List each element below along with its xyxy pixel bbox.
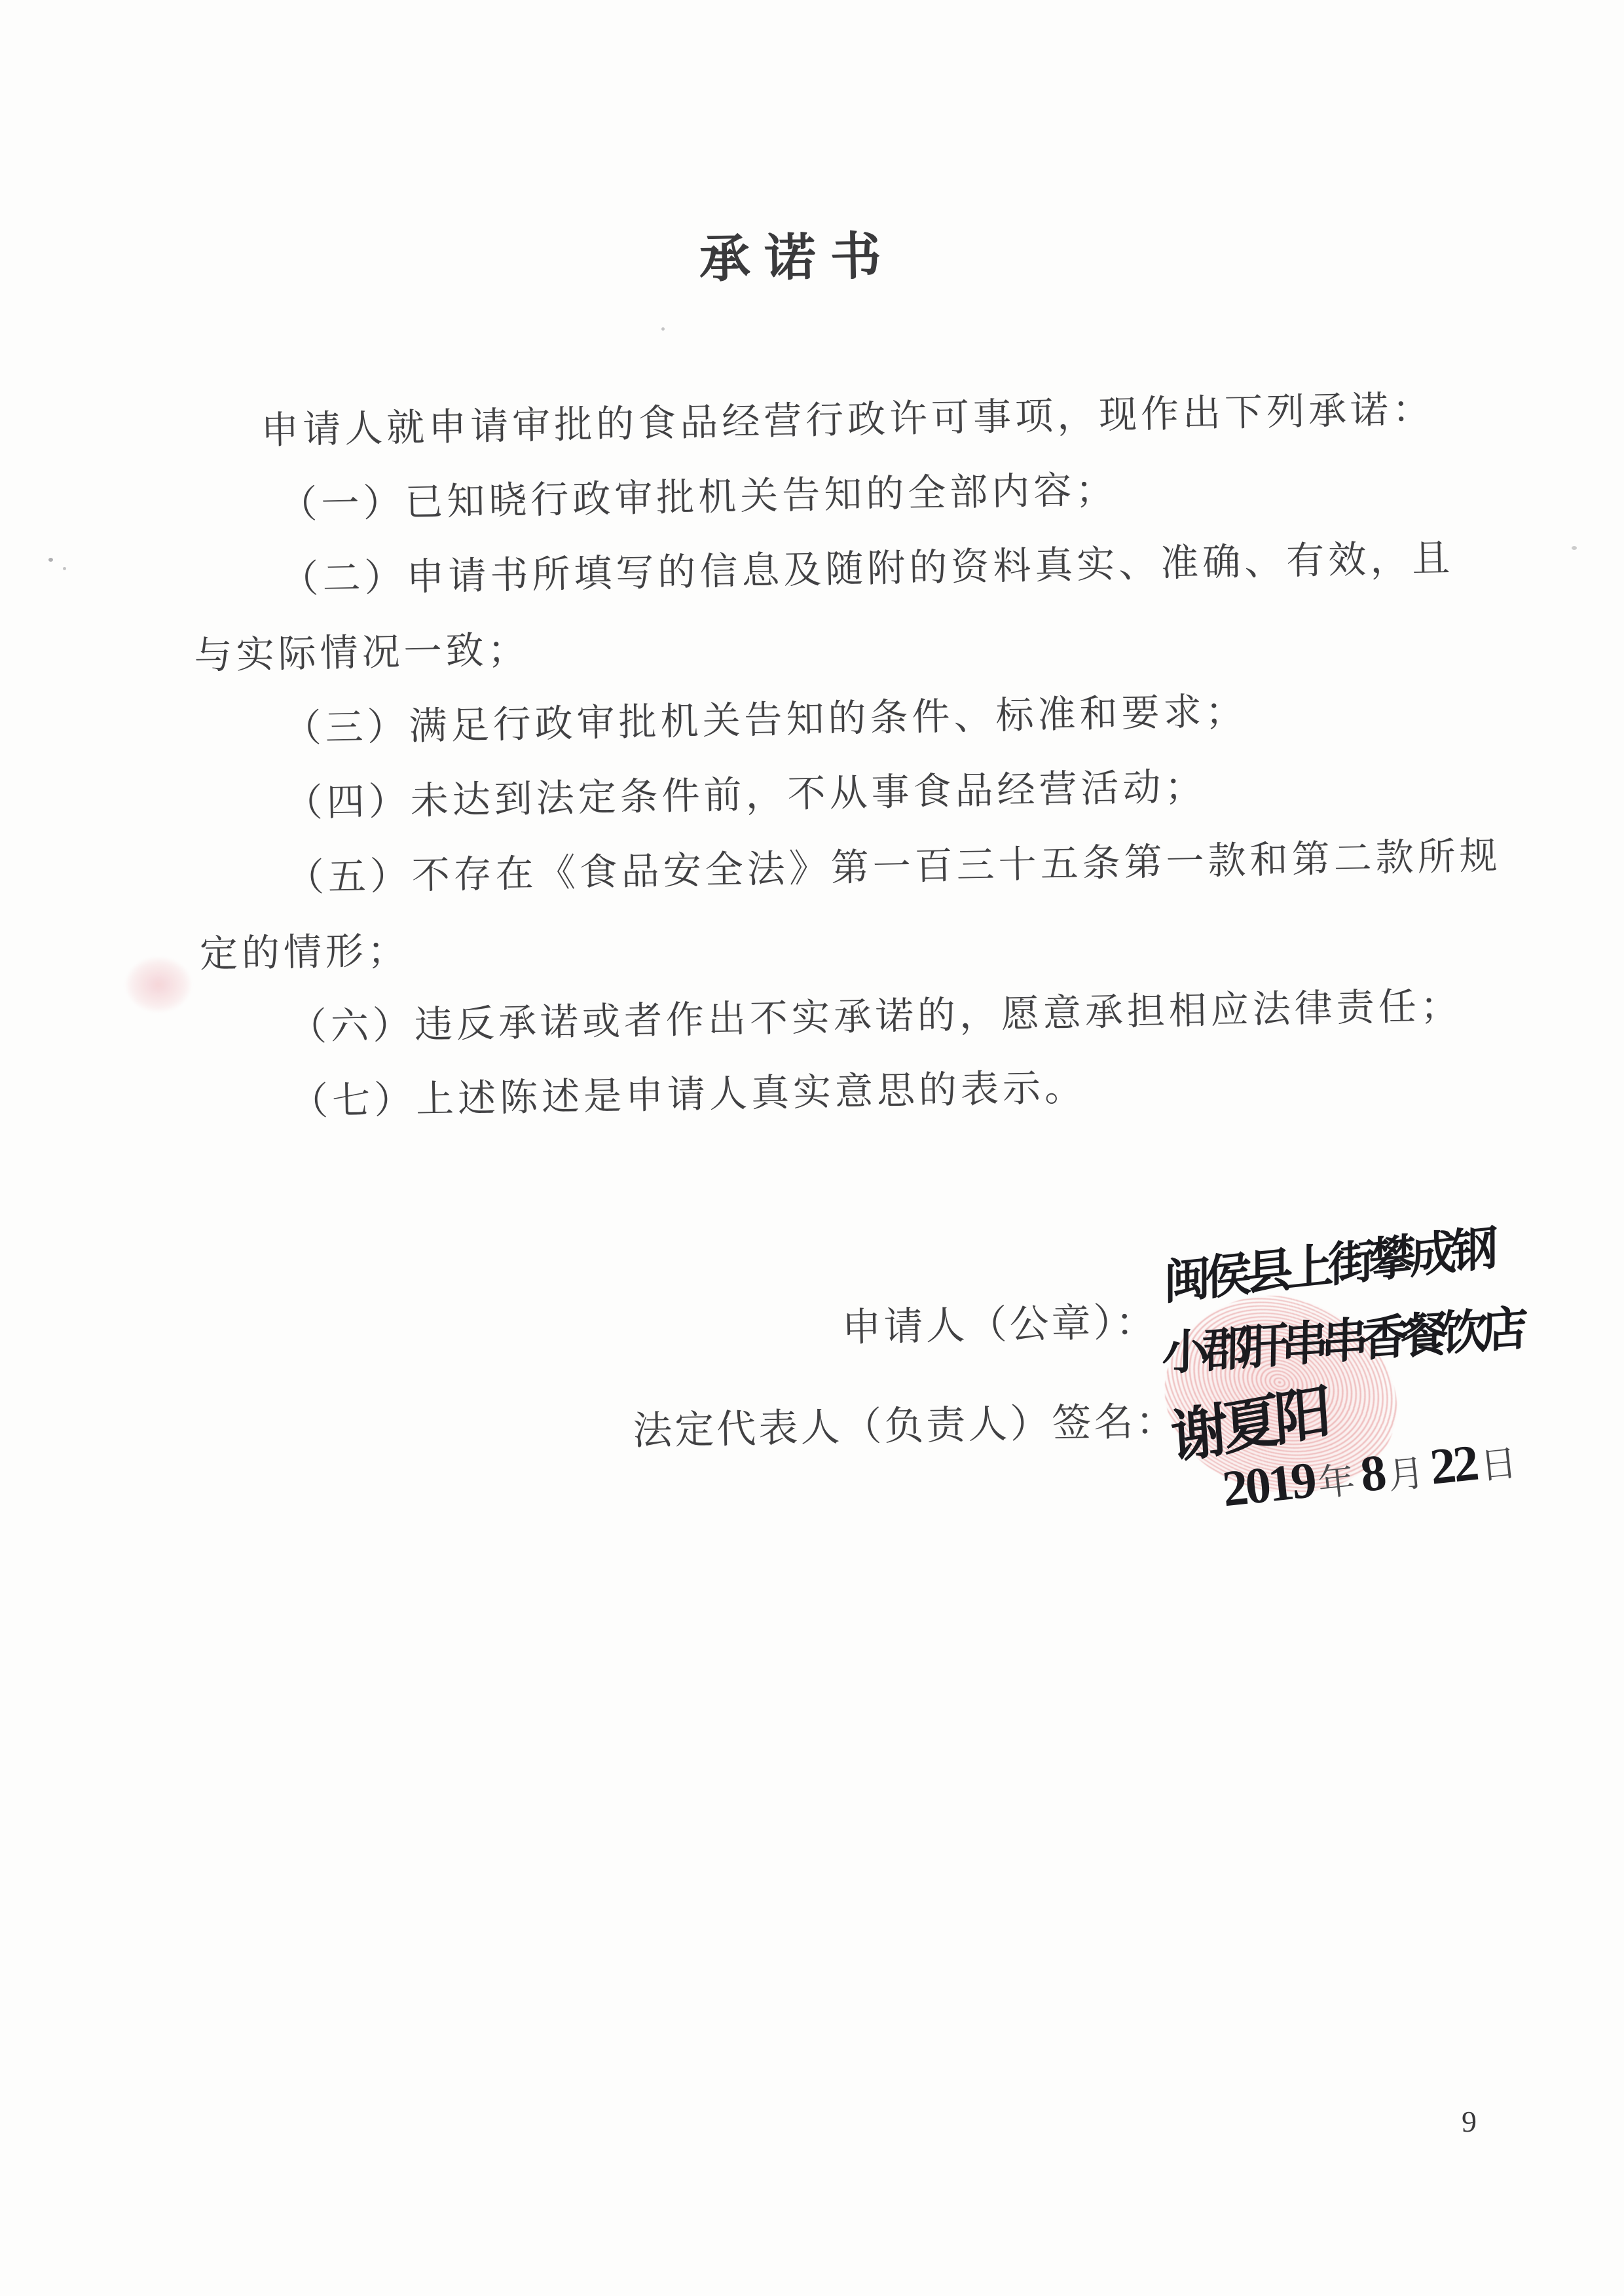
intro-line: 申请人就申请审批的食品经营行政许可事项，现作出下列承诺： <box>260 378 1434 454</box>
date-month-label: 月 <box>1386 1453 1426 1497</box>
date-year-label: 年 <box>1316 1460 1357 1504</box>
applicant-seal-label: 申请人（公章）： <box>841 1290 1158 1353</box>
commitment-line-2: （二）申请书所填写的信息及随附的资料真实、准确、有效，且 <box>280 527 1454 604</box>
commitment-line-5-wrap: 定的情形； <box>199 919 410 978</box>
commitment-line-4: （四）未达到法定条件前，不从事食品经营活动； <box>284 756 1207 828</box>
scan-speck <box>48 558 53 562</box>
commitment-line-1: （一）已知晓行政审批机关告知的全部内容； <box>279 458 1118 528</box>
date-month-handwritten: 8 <box>1357 1444 1386 1503</box>
scan-speck <box>1572 546 1577 550</box>
date-day-label: 日 <box>1478 1443 1519 1487</box>
commitment-line-6: （六）违反承诺或者作出不实承诺的，愿意承担相应法律责任； <box>288 975 1462 1051</box>
pink-smudge-artifact <box>126 957 191 1012</box>
commitment-line-7: （七）上述陈述是申请人真实意思的表示。 <box>289 1056 1086 1125</box>
scan-speck <box>63 567 66 570</box>
page-number: 9 <box>1462 2104 1477 2139</box>
date-day-handwritten: 22 <box>1428 1434 1479 1495</box>
commitment-line-5: （五）不存在《食品安全法》第一百三十五条第一款和第二款所规 <box>286 825 1502 902</box>
commitment-line-3: （三）满足行政审批机关告知的条件、标准和要求； <box>283 680 1247 753</box>
scan-speck <box>661 327 665 331</box>
document-title: 承诺书 <box>699 215 896 291</box>
scan-content: 承诺书 申请人就申请审批的食品经营行政许可事项，现作出下列承诺： （一）已知晓行… <box>0 0 1624 2296</box>
date-year-handwritten: 2019 <box>1219 1451 1316 1517</box>
commitment-line-2-wrap: 与实际情况一致； <box>194 619 530 680</box>
legal-rep-signature-label: 法定代表人（负责人）签名： <box>633 1390 1178 1456</box>
scanned-document-page: 承诺书 申请人就申请审批的食品经营行政许可事项，现作出下列承诺： （一）已知晓行… <box>0 0 1624 2296</box>
